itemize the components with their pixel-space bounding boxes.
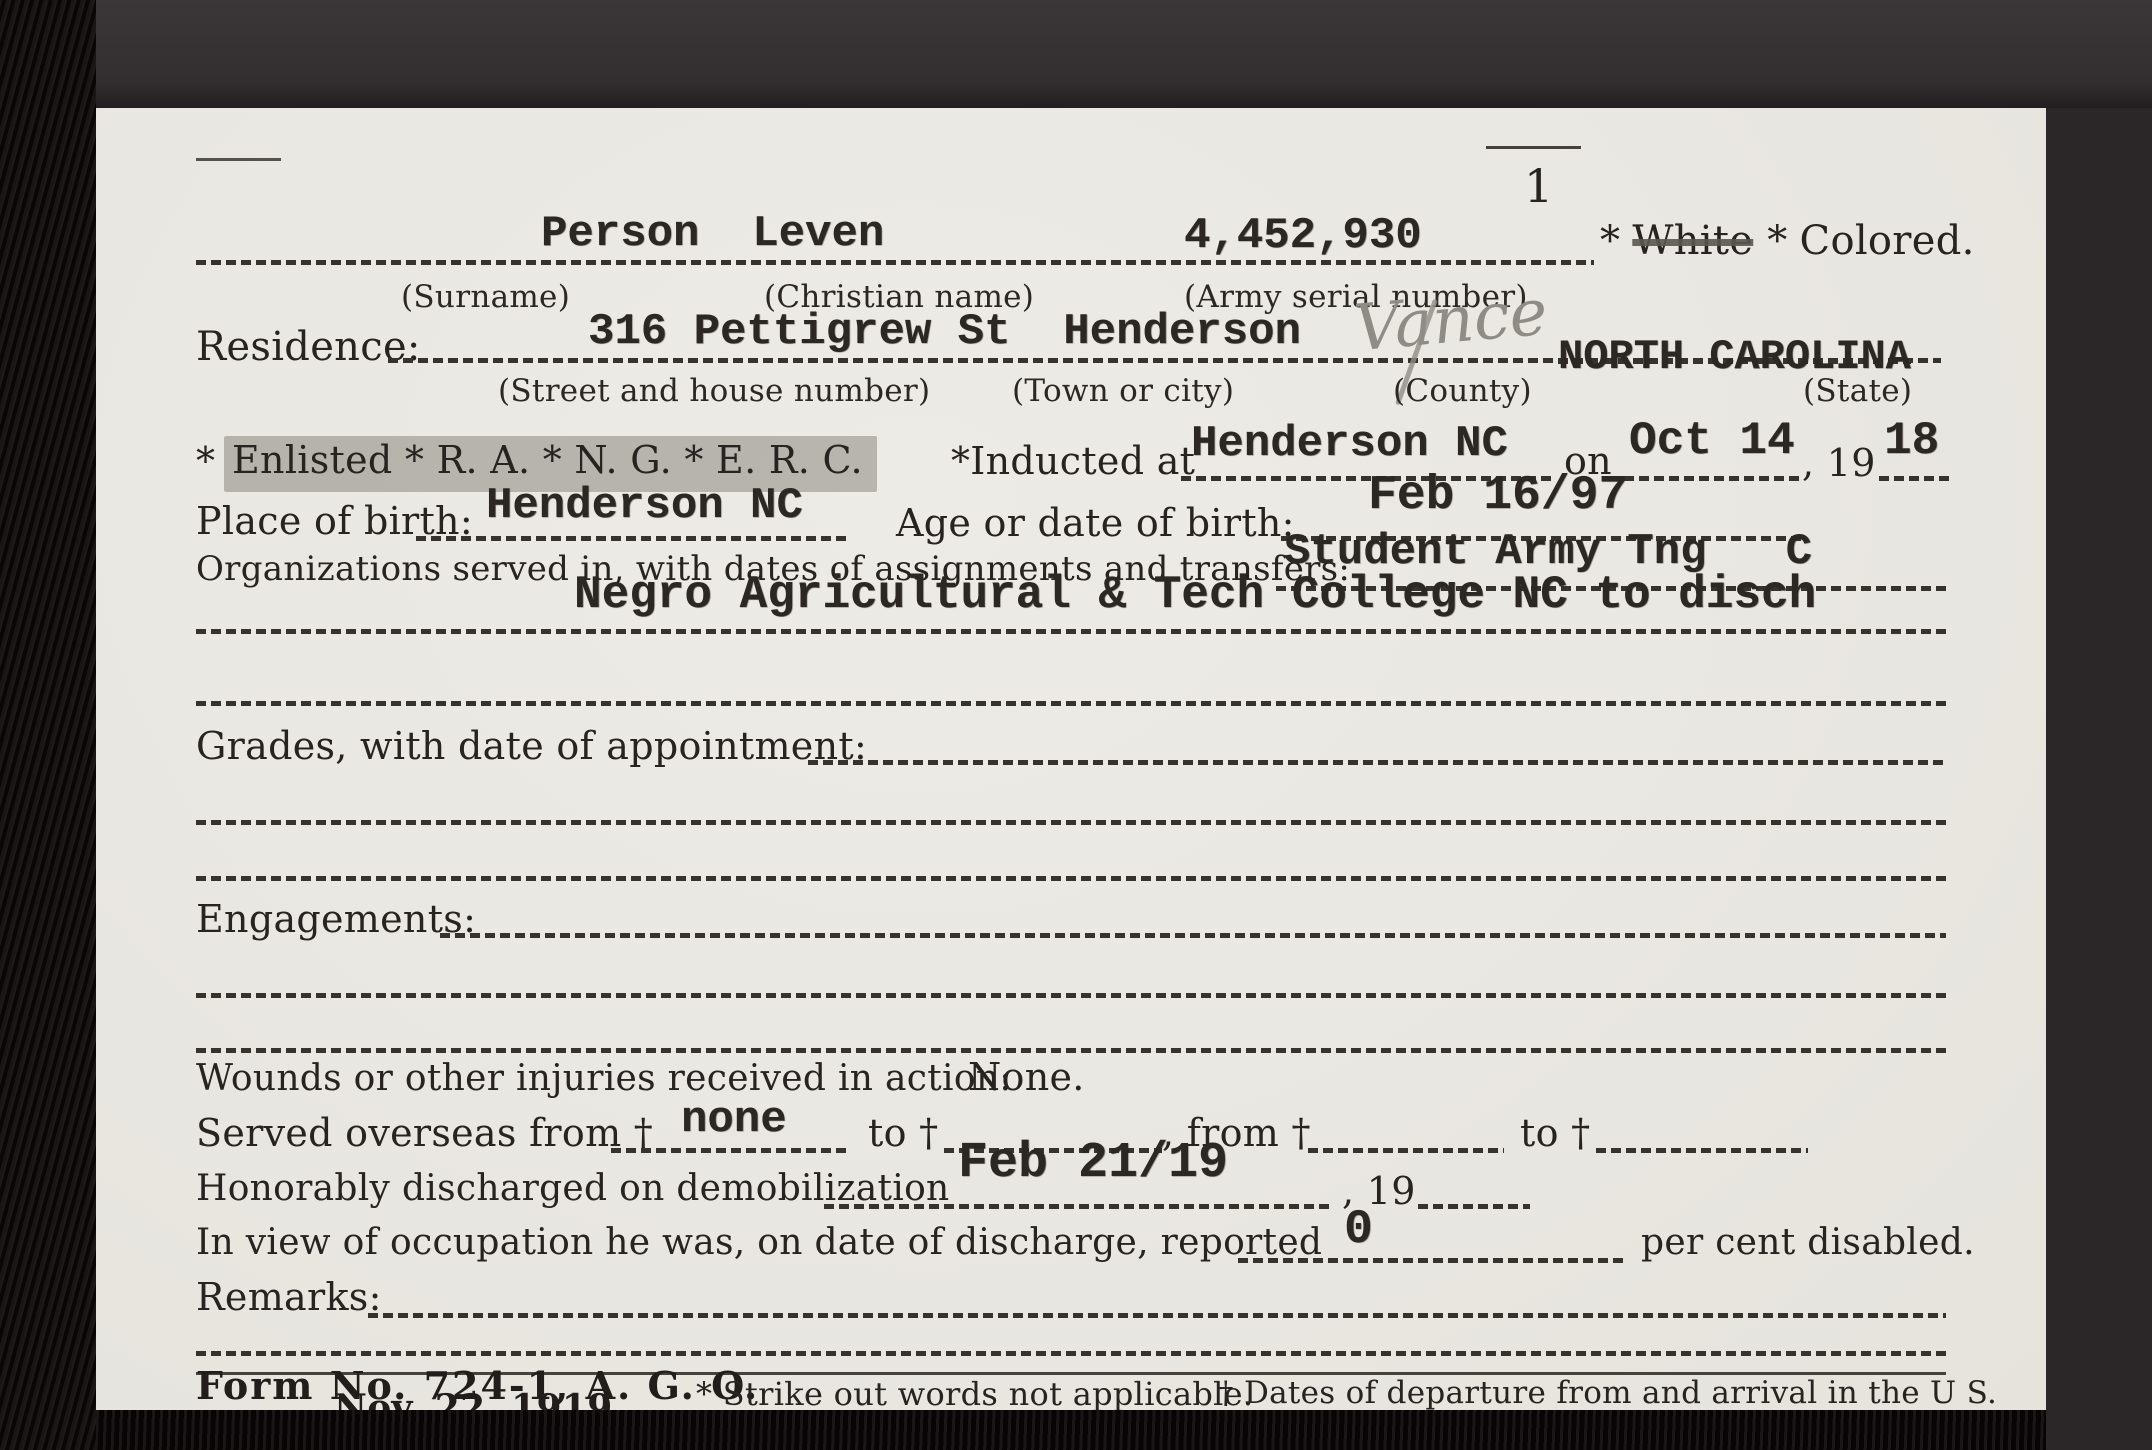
grades-label: Grades, with date of appointment: <box>196 725 867 769</box>
scan-border-right <box>2046 108 2152 1450</box>
race-star-2: * <box>1767 218 1787 264</box>
wounds-label: Wounds or other injuries received in act… <box>196 1058 1012 1099</box>
place-of-birth-value: Henderson NC <box>486 482 803 530</box>
scan-border-left <box>0 0 96 1450</box>
overseas-to-label-2: to † <box>1520 1112 1590 1156</box>
year-prefix-printed: , 19 <box>1802 442 1876 486</box>
induction-date-value: Oct 14 <box>1629 416 1795 467</box>
induction-year-value: 18 <box>1884 416 1939 467</box>
writing-line <box>1308 1148 1504 1153</box>
age-or-birth-label: Age or date of birth: <box>896 502 1295 546</box>
writing-line <box>824 1204 1332 1209</box>
residence-label: Residence: <box>196 324 421 370</box>
writing-line <box>1596 1148 1808 1153</box>
birth-date-value: Feb 16/97 <box>1368 470 1627 523</box>
inducted-at-label: *Inducted at <box>951 440 1195 484</box>
footnote-dagger: † Dates of departure from and arrival in… <box>1218 1376 1997 1410</box>
race-option-colored: Colored. <box>1800 218 1975 264</box>
state-label: (State) <box>1803 374 1912 410</box>
scan-border-bottom <box>96 1410 2046 1450</box>
overseas-from-value: none <box>681 1096 787 1144</box>
town-label: (Town or city) <box>1012 374 1234 410</box>
writing-line <box>196 629 1946 634</box>
writing-line <box>416 536 846 541</box>
race-star-1: * <box>1600 218 1620 264</box>
writing-line <box>196 876 1946 881</box>
writing-line <box>196 993 1946 998</box>
name-value: Person Leven <box>541 210 884 258</box>
county-value-handwritten: Vance <box>1351 276 1550 367</box>
overseas-from-label: Served overseas from † <box>196 1112 653 1156</box>
writing-line <box>196 1048 1946 1053</box>
surname-label: (Surname) <box>401 280 570 316</box>
writing-line <box>196 820 1946 825</box>
footnote-strike-out: * Strike out words not applicable. <box>696 1376 1253 1410</box>
disability-label: In view of occupation he was, on date of… <box>196 1222 1322 1263</box>
writing-line <box>808 760 1946 765</box>
writing-line <box>368 1313 1946 1318</box>
serial-number-value: 4,452,930 <box>1184 212 1422 260</box>
writing-line <box>1879 476 1951 481</box>
page-number-overline <box>1486 146 1581 149</box>
engagements-label: Engagements: <box>196 898 476 942</box>
remarks-label: Remarks: <box>196 1276 382 1320</box>
writing-line <box>611 1148 846 1153</box>
enlisted-star: * <box>196 440 215 484</box>
page-number: 1 <box>1524 160 1554 213</box>
race-options: *White*Colored. <box>1600 218 1975 264</box>
disability-value: 0 <box>1344 1204 1373 1257</box>
inducted-place-value: Henderson NC <box>1191 420 1508 468</box>
scanned-record-screen: 1 Person Leven 4,452,930 *White*Colored.… <box>0 0 2152 1450</box>
residence-street-town-value: 316 Pettigrew St Henderson <box>588 308 1301 356</box>
writing-line <box>196 260 1594 265</box>
writing-line <box>1418 1204 1530 1209</box>
overseas-to-label-1: to † <box>868 1112 938 1156</box>
corner-dash-mark <box>196 158 281 161</box>
county-label: (County) <box>1393 374 1532 410</box>
writing-line <box>1238 1258 1626 1263</box>
writing-line <box>440 933 1946 938</box>
wounds-value: None. <box>968 1056 1085 1100</box>
race-option-white: White <box>1632 218 1753 264</box>
writing-line <box>1624 476 1802 481</box>
discharge-date-value: Feb 21/19 <box>958 1136 1228 1191</box>
writing-line <box>196 1351 1946 1356</box>
street-label: (Street and house number) <box>498 374 930 410</box>
writing-line <box>196 701 1946 706</box>
disability-suffix: per cent disabled. <box>1641 1222 1975 1263</box>
form-date: Nov. 22, 1919 <box>334 1388 613 1410</box>
organizations-entry-2: Negro Agricultural & Tech College NC to … <box>574 570 1816 621</box>
service-record-card: 1 Person Leven 4,452,930 *White*Colored.… <box>96 108 2046 1410</box>
scan-border-top <box>96 0 2152 108</box>
